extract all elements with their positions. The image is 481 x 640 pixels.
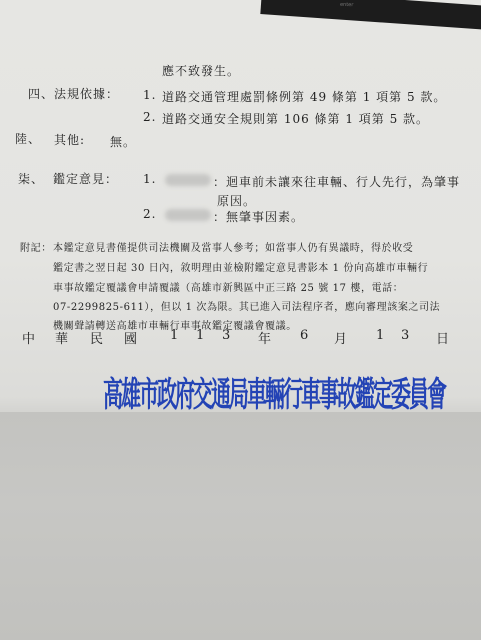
paper-fold-lower (0, 412, 481, 640)
section7-label: 鑑定意見： (53, 170, 118, 187)
redacted-party-1 (165, 174, 211, 186)
section6-label: 其他: (54, 131, 85, 148)
section7-num: 柒、 (18, 170, 44, 187)
opinion-1-line1: ：迴車前未讓來往車輛、行人先行，為肇事 (213, 173, 460, 190)
date-char: 華 (55, 328, 68, 347)
date-char: 民 (90, 328, 103, 347)
law-item-1-text: 道路交通管理處罰條例第 49 條第 1 項第 5 款。 (162, 88, 446, 105)
note-line-1: 本鑑定意見書僅提供司法機關及當事人參考；如當事人仍有異議時，得於收受 (53, 239, 413, 254)
redacted-party-2 (165, 209, 211, 221)
date-char: 1 (376, 328, 384, 343)
official-stamp: 高雄市政府交通局車輛行車事故鑑定委員會 (103, 353, 373, 435)
note-label: 附記： (20, 239, 52, 254)
law-item-1-num: 1. (143, 88, 156, 102)
continuation-text: 應不致發生。 (162, 62, 240, 79)
section6-num: 陸、 (15, 130, 41, 147)
enter-key-label: enter (340, 2, 354, 8)
section6-value: 無。 (110, 133, 136, 150)
date-char: 中 (22, 328, 35, 347)
opinion-2-num: 2. (143, 207, 156, 221)
note-line-3: 車事故鑑定覆議會申請覆議（高雄市新興區中正三路 25 號 17 樓，電話： (53, 279, 403, 294)
opinion-2-line1: ：無肇事因素。 (213, 208, 304, 225)
date-char: 3 (222, 328, 230, 343)
note-line-4: 07-2299825-611），但以 1 次為限。其已進入司法程序者，應向審理該… (53, 298, 440, 313)
date-char: 1 (170, 328, 178, 343)
opinion-1-num: 1. (143, 172, 156, 186)
date-char: 3 (401, 328, 409, 343)
law-item-2-text: 道路交通安全規則第 106 條第 1 項第 5 款。 (162, 110, 429, 127)
opinion-1-line2: 原因。 (217, 192, 256, 209)
note-line-2: 鑑定書之翌日起 30 日內，敘明理由並檢附鑑定意見書影本 1 份向高雄市車輛行 (53, 259, 428, 274)
section4-label: 四、法規依據： (28, 85, 119, 102)
date-char: 1 (196, 328, 204, 343)
date-char: 日 (436, 328, 449, 347)
date-char: 月 (334, 328, 347, 347)
law-item-2-num: 2. (143, 110, 156, 124)
date-char: 國 (124, 328, 137, 347)
date-char: 6 (300, 328, 308, 343)
date-char: 年 (258, 328, 271, 347)
